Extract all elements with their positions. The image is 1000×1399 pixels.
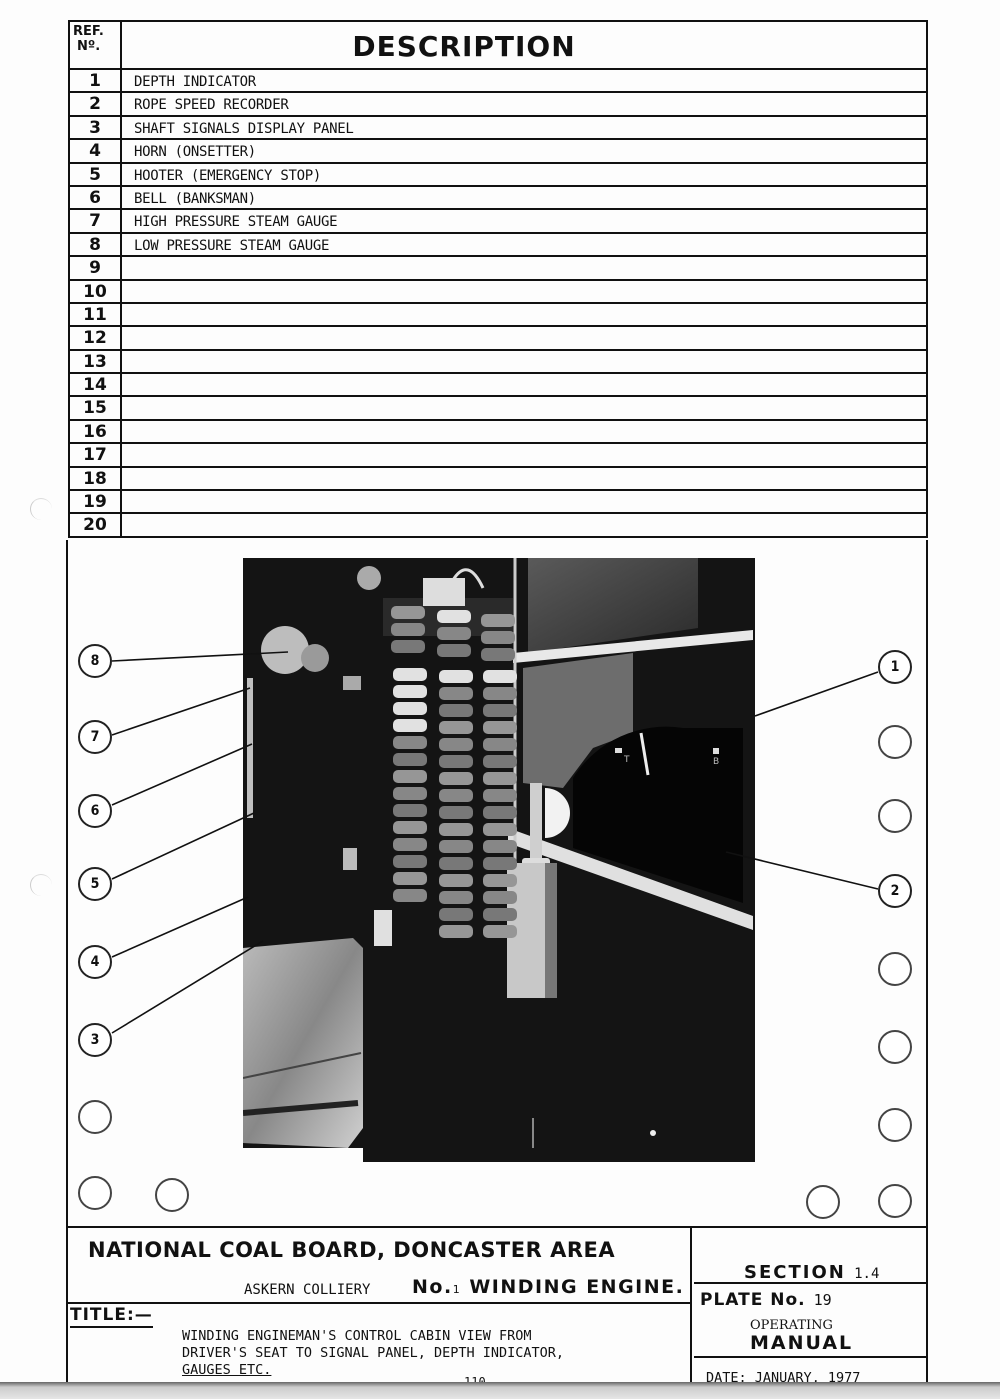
- ref-number: 16: [70, 421, 122, 442]
- plate-label: PLATE No.19: [700, 1290, 832, 1310]
- binder-hole-bottom: [30, 874, 52, 896]
- callout-5: 5: [78, 867, 112, 901]
- ref-number: 1: [70, 70, 122, 91]
- callout-2: 2: [878, 874, 912, 908]
- engine-prefix: No.: [412, 1276, 453, 1298]
- control-cabin-photo: T B: [243, 558, 755, 1162]
- engine-number: 1: [453, 1283, 462, 1296]
- reference-row: 15: [70, 397, 926, 420]
- callout-1: 1: [878, 650, 912, 684]
- depth-mark-b: B: [713, 757, 719, 767]
- title-block: NATIONAL COAL BOARD, DONCASTER AREA ASKE…: [66, 1226, 928, 1386]
- ref-number: 8: [70, 234, 122, 255]
- ref-number: 18: [70, 468, 122, 489]
- callout-6: 6: [78, 794, 112, 828]
- engine-label: WINDING ENGINE.: [469, 1276, 684, 1298]
- section-word: SECTION: [744, 1262, 846, 1283]
- ref-number: 6: [70, 187, 122, 208]
- ref-description: [122, 397, 926, 418]
- callout-blank-right: [878, 799, 912, 833]
- ref-number: 20: [70, 514, 122, 535]
- callout-blank-left: [78, 1100, 112, 1134]
- ref-number: 4: [70, 140, 122, 161]
- ref-description: [122, 491, 926, 512]
- plate-title: WINDING ENGINEMAN'S CONTROL CABIN VIEW F…: [182, 1328, 682, 1379]
- ref-description: [122, 374, 926, 395]
- ref-description: [122, 257, 926, 278]
- reference-row: 1DEPTH INDICATOR: [70, 70, 926, 93]
- ref-number: 15: [70, 397, 122, 418]
- ref-description: [122, 327, 926, 348]
- ref-description: BELL (BANKSMAN): [122, 187, 926, 208]
- reference-row: 14: [70, 374, 926, 397]
- title-block-right: SECTION 1.4 PLATE No.19 OPERATING MANUAL…: [694, 1228, 928, 1388]
- callout-blank-left: [78, 1176, 112, 1210]
- reference-row: 5HOOTER (EMERGENCY STOP): [70, 164, 926, 187]
- reference-row: 3SHAFT SIGNALS DISPLAY PANEL: [70, 117, 926, 140]
- callout-blank-right: [878, 952, 912, 986]
- reference-row: 4HORN (ONSETTER): [70, 140, 926, 163]
- callout-blank-bottom: [155, 1178, 189, 1212]
- ref-number: 3: [70, 117, 122, 138]
- section-number: 1.4: [854, 1266, 879, 1282]
- ref-description: HIGH PRESSURE STEAM GAUGE: [122, 210, 926, 231]
- callout-7: 7: [78, 720, 112, 754]
- plate-title-line: DRIVER'S SEAT TO SIGNAL PANEL, DEPTH IND…: [182, 1345, 682, 1362]
- reference-row: 2ROPE SPEED RECORDER: [70, 93, 926, 116]
- plate-word: PLATE No.: [700, 1290, 806, 1310]
- ref-number: 5: [70, 164, 122, 185]
- ref-description: [122, 468, 926, 489]
- ref-number-header: REF. Nº.: [70, 22, 122, 68]
- callout-blank-right: [878, 725, 912, 759]
- ref-number: 12: [70, 327, 122, 348]
- plate-title-line: GAUGES ETC.: [182, 1362, 682, 1379]
- ref-number: 9: [70, 257, 122, 278]
- plate-title-line: WINDING ENGINEMAN'S CONTROL CABIN VIEW F…: [182, 1328, 682, 1345]
- ref-description: [122, 444, 926, 465]
- reference-row: 6BELL (BANKSMAN): [70, 187, 926, 210]
- ref-description: HOOTER (EMERGENCY STOP): [122, 164, 926, 185]
- reference-row: 20: [70, 514, 926, 537]
- ref-description: LOW PRESSURE STEAM GAUGE: [122, 234, 926, 255]
- callout-blank-right: [878, 1108, 912, 1142]
- callout-4: 4: [78, 945, 112, 979]
- reference-row: 7HIGH PRESSURE STEAM GAUGE: [70, 210, 926, 233]
- depth-mark-t: T: [623, 755, 630, 765]
- callout-blank-right: [878, 1184, 912, 1218]
- binder-hole-top: [30, 498, 52, 520]
- ref-number: 14: [70, 374, 122, 395]
- organisation-name: NATIONAL COAL BOARD, DONCASTER AREA: [88, 1238, 615, 1262]
- section-cell: SECTION 1.4: [694, 1228, 928, 1284]
- ref-number: 11: [70, 304, 122, 325]
- ref-description: [122, 351, 926, 372]
- description-header: DESCRIPTION: [122, 22, 926, 68]
- ref-number: 17: [70, 444, 122, 465]
- ref-description: DEPTH INDICATOR: [122, 70, 926, 91]
- ref-number: 13: [70, 351, 122, 372]
- colliery-name: ASKERN COLLIERY: [244, 1282, 370, 1298]
- title-block-left: NATIONAL COAL BOARD, DONCASTER AREA ASKE…: [68, 1228, 692, 1388]
- ref-description: ROPE SPEED RECORDER: [122, 93, 926, 114]
- reference-rows: 1DEPTH INDICATOR2ROPE SPEED RECORDER3SHA…: [70, 70, 926, 538]
- reference-row: 11: [70, 304, 926, 327]
- reference-row: 16: [70, 421, 926, 444]
- callout-8: 8: [78, 644, 112, 678]
- ref-description: [122, 421, 926, 442]
- reference-row: 17: [70, 444, 926, 467]
- reference-row: 19: [70, 491, 926, 514]
- callout-blank-bottom: [806, 1185, 840, 1219]
- callout-blank-right: [878, 1030, 912, 1064]
- plate-number: 19: [814, 1291, 832, 1309]
- photo-drawing: T B: [243, 558, 755, 1162]
- callout-3: 3: [78, 1023, 112, 1057]
- reference-row: 10: [70, 281, 926, 304]
- ref-header-line2: Nº.: [73, 39, 120, 54]
- section-label: SECTION 1.4: [744, 1262, 879, 1283]
- ref-description: [122, 281, 926, 302]
- reference-row: 8LOW PRESSURE STEAM GAUGE: [70, 234, 926, 257]
- ref-header-line1: REF.: [73, 24, 120, 39]
- manual-line-manual: MANUAL: [750, 1332, 853, 1354]
- colliery-row: ASKERN COLLIERY No.1 WINDING ENGINE.: [68, 1272, 692, 1304]
- reference-row: 18: [70, 468, 926, 491]
- ref-description: [122, 304, 926, 325]
- reference-row: 9: [70, 257, 926, 280]
- title-label: TITLE:—: [70, 1304, 153, 1328]
- reference-row: 13: [70, 351, 926, 374]
- ref-description: [122, 514, 926, 535]
- ref-number: 10: [70, 281, 122, 302]
- reference-table: REF. Nº. DESCRIPTION 1DEPTH INDICATOR2RO…: [68, 20, 928, 538]
- engine-name: No.1 WINDING ENGINE.: [412, 1276, 684, 1298]
- reference-row: 12: [70, 327, 926, 350]
- reference-table-header: REF. Nº. DESCRIPTION: [70, 22, 926, 70]
- ref-number: 19: [70, 491, 122, 512]
- ref-description: SHAFT SIGNALS DISPLAY PANEL: [122, 117, 926, 138]
- ref-description: HORN (ONSETTER): [122, 140, 926, 161]
- ref-number: 2: [70, 93, 122, 114]
- page-edge-shadow: [0, 1382, 1000, 1399]
- manual-line-operating: OPERATING: [750, 1318, 833, 1333]
- ref-number: 7: [70, 210, 122, 231]
